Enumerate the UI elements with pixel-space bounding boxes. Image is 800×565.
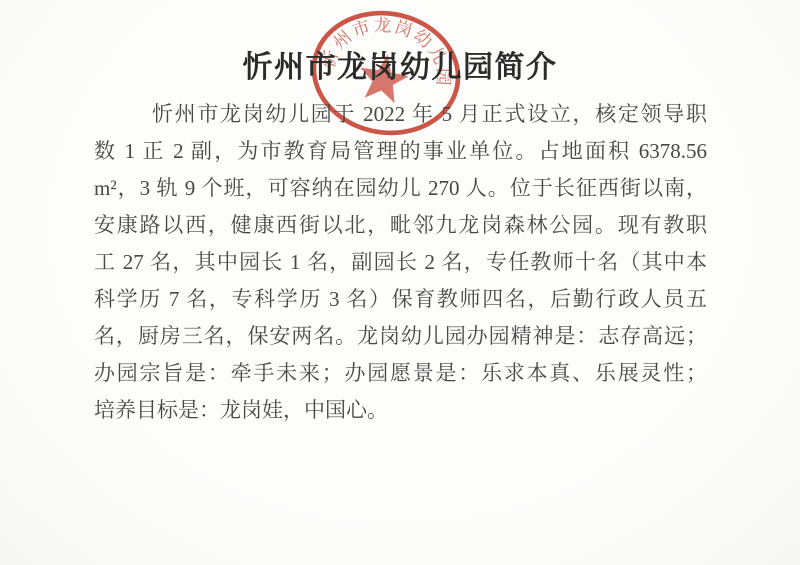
paragraph-line: 工 27 名，其中园长 1 名，副园长 2 名，专任教师十名（其中本 — [94, 244, 707, 281]
paragraph-line: m²，3 轨 9 个班，可容纳在园幼儿 270 人。位于长征西街以南， — [94, 170, 707, 207]
paragraph-line: 数 1 正 2 副，为市教育局管理的事业单位。占地面积 6378.56 — [94, 133, 707, 170]
document-body: 忻州市龙岗幼儿园于 2022 年 5 月正式设立，核定领导职 数 1 正 2 副… — [94, 96, 707, 429]
paragraph-line: 名，厨房三名，保安两名。龙岗幼儿园办园精神是：志存高远； — [94, 318, 707, 355]
paragraph-line: 安康路以西，健康西街以北，毗邻九龙岗森林公园。现有教职 — [94, 207, 707, 244]
document-title: 忻州市龙岗幼儿园简介 — [0, 42, 800, 86]
paragraph-line: 办园宗旨是：牵手未来；办园愿景是：乐求本真、乐展灵性； — [94, 355, 707, 392]
paragraph-line: 培养目标是：龙岗娃，中国心。 — [94, 392, 707, 429]
paragraph-line: 忻州市龙岗幼儿园于 2022 年 5 月正式设立，核定领导职 — [94, 96, 707, 133]
paragraph-line: 科学历 7 名，专科学历 3 名）保育教师四名，后勤行政人员五 — [94, 281, 707, 318]
document-page: 忻州市龙岗幼儿园 忻州市龙岗幼儿园简介 忻州市龙岗幼儿园于 2022 年 5 月… — [0, 0, 800, 565]
